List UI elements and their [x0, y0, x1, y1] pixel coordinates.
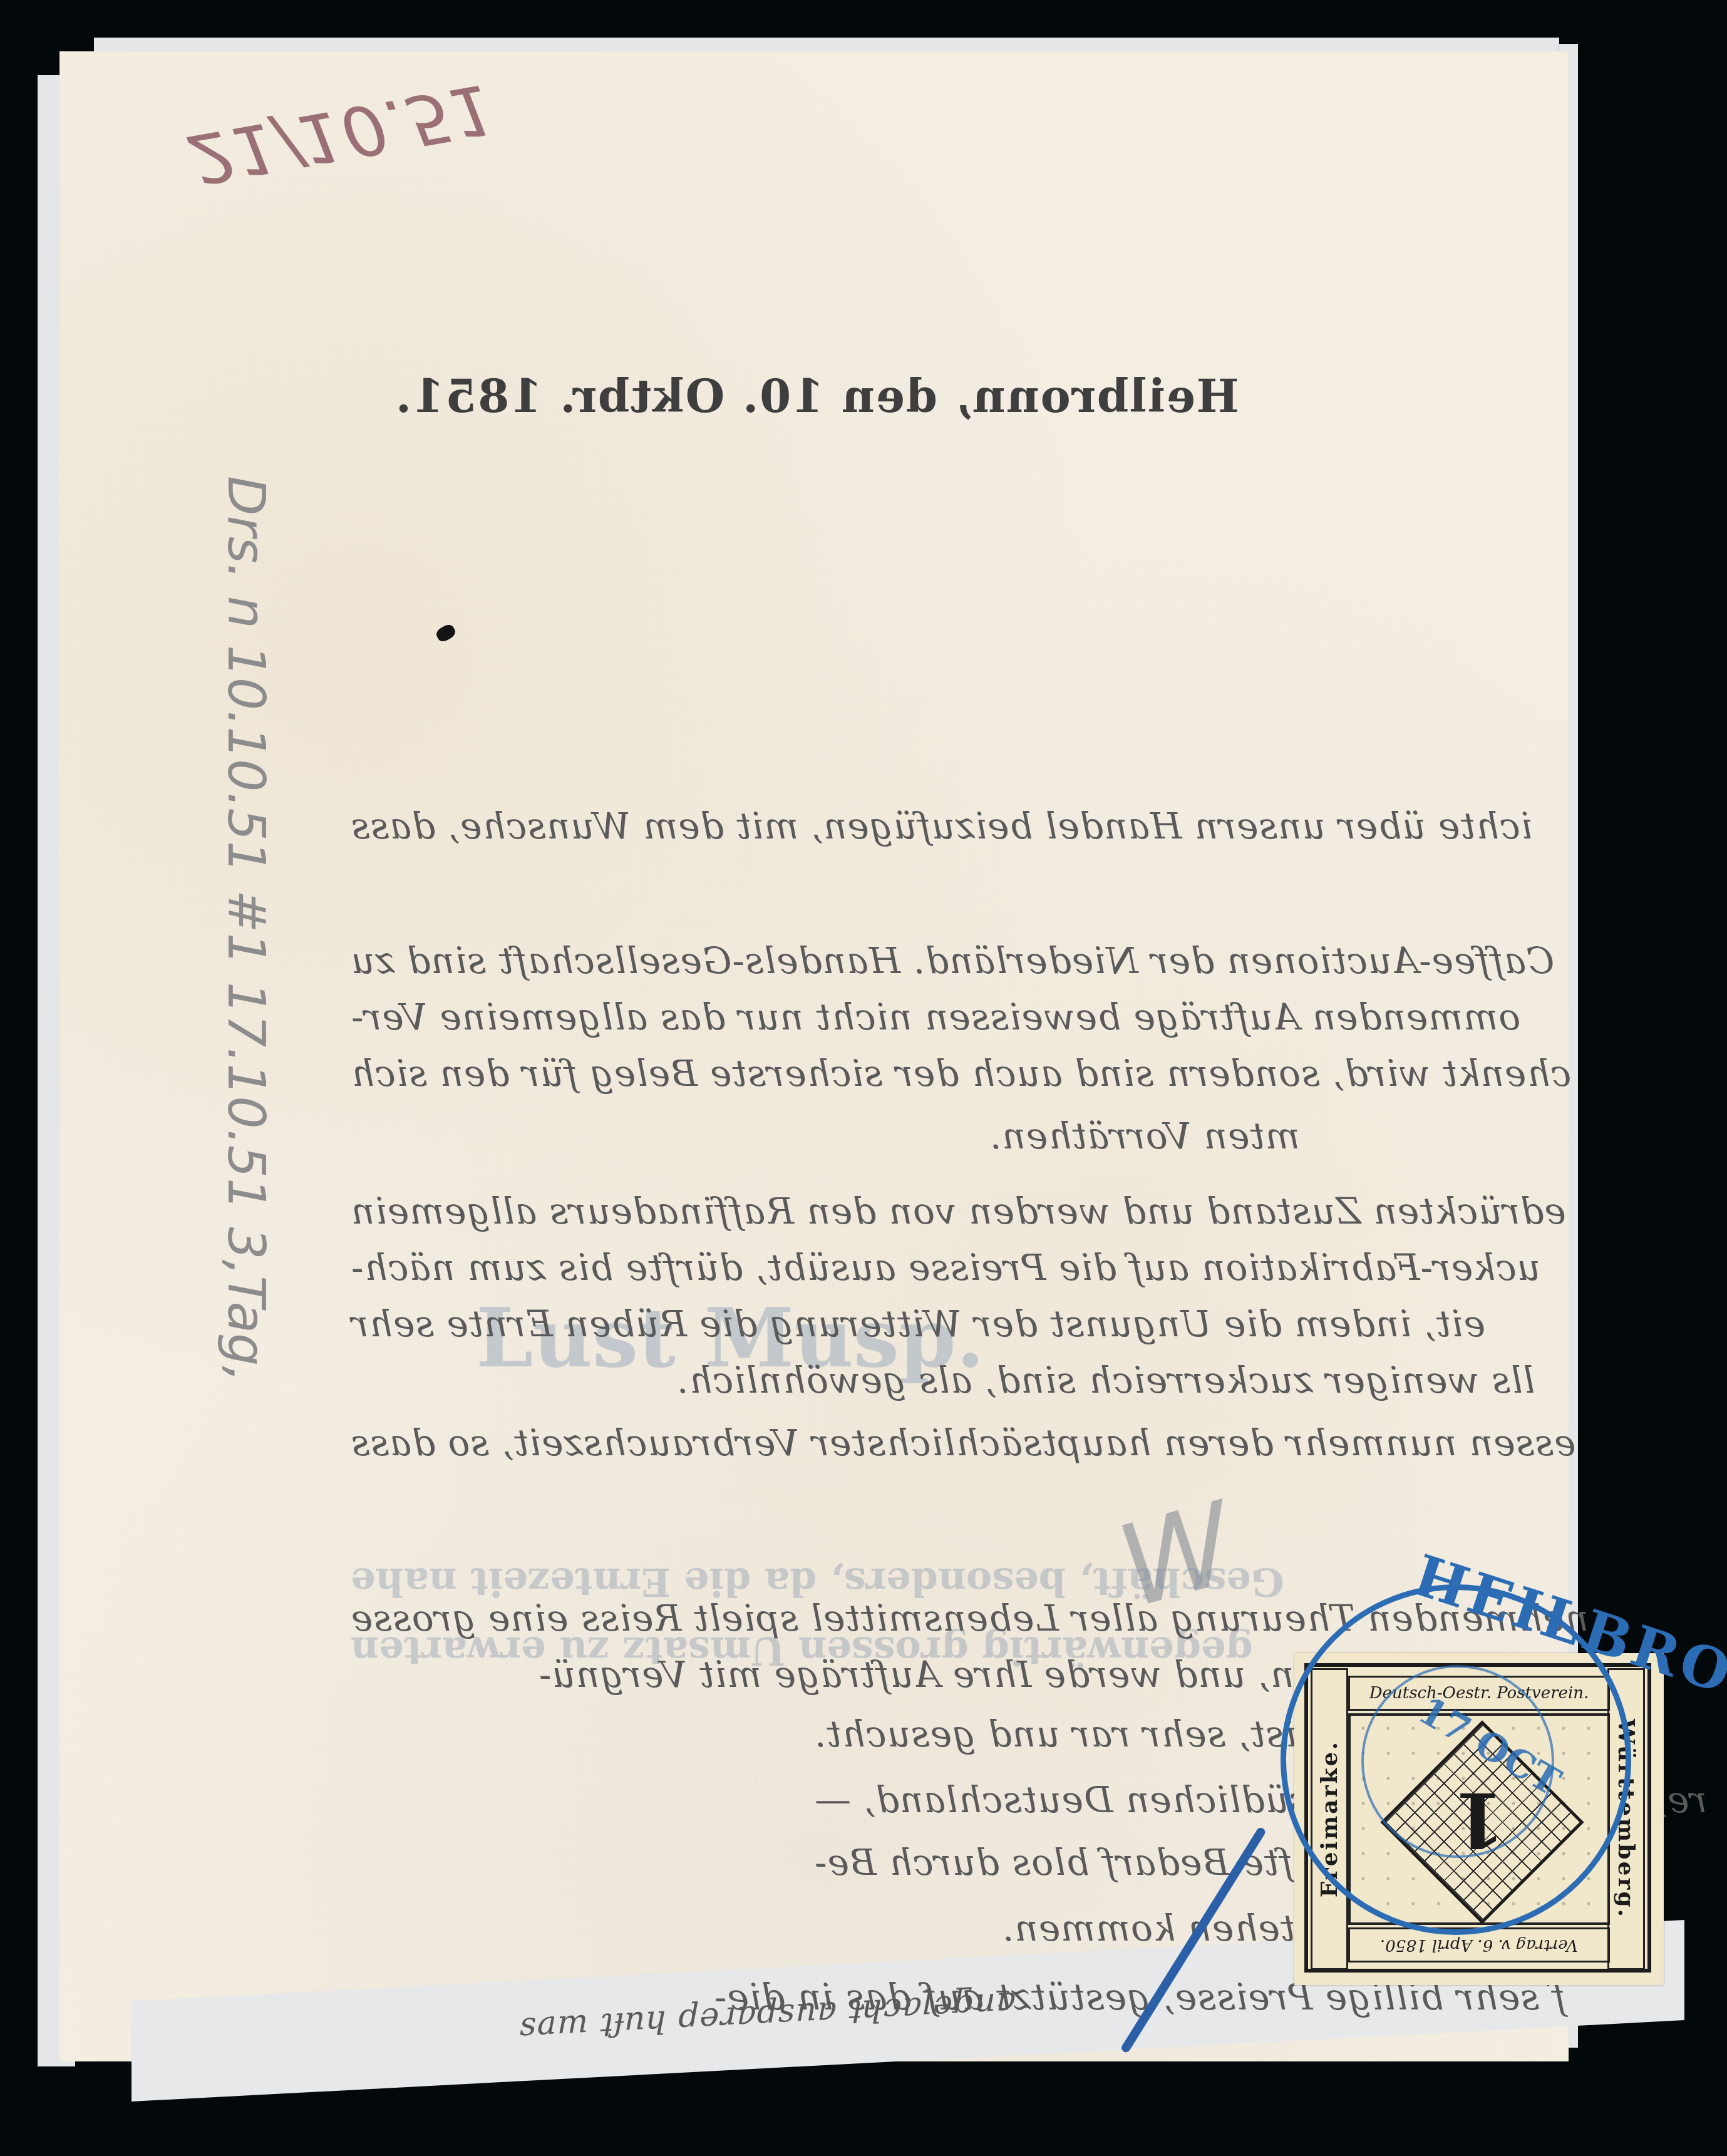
- body-line-8: eit, indem die Ungunst der Witterung die…: [351, 1302, 1485, 1345]
- pencil-vertical-note: Drs. n 10.10.51 #1 17.10.51 3,Tag,: [216, 476, 276, 1382]
- body-line-3: ommenden Aufträge beweissen nicht nur da…: [351, 996, 1520, 1038]
- body-line-1: ichte über unsern Handel beizufügen, mit…: [351, 805, 1532, 847]
- body-line-2: Caffee-Auctionen der Niederländ. Handels…: [351, 939, 1554, 982]
- body-line-10: essen nunmehr deren hauptsächlichster Ve…: [351, 1421, 1576, 1464]
- letter-heading: Heilbronn, den 10. Oktbr. 1851.: [394, 369, 1239, 423]
- body-line-4: chenkt wird, sondern sind auch der siche…: [351, 1052, 1571, 1095]
- heilbronn-postmark: HEILBRONN 17 OCT: [1281, 1584, 1631, 1935]
- body-line-6: edrückten Zustand und werden von den Raf…: [351, 1190, 1566, 1232]
- body-line-9: lls weniger zuckerreich sind, als gewöhn…: [676, 1359, 1535, 1401]
- body-line-13: n ist, sehr rar und gesucht.: [814, 1713, 1333, 1755]
- body-line-5: mten Vorräthen.: [989, 1115, 1300, 1157]
- body-line-7: ucker-Fabrikation auf die Preisse ausübt…: [351, 1246, 1540, 1289]
